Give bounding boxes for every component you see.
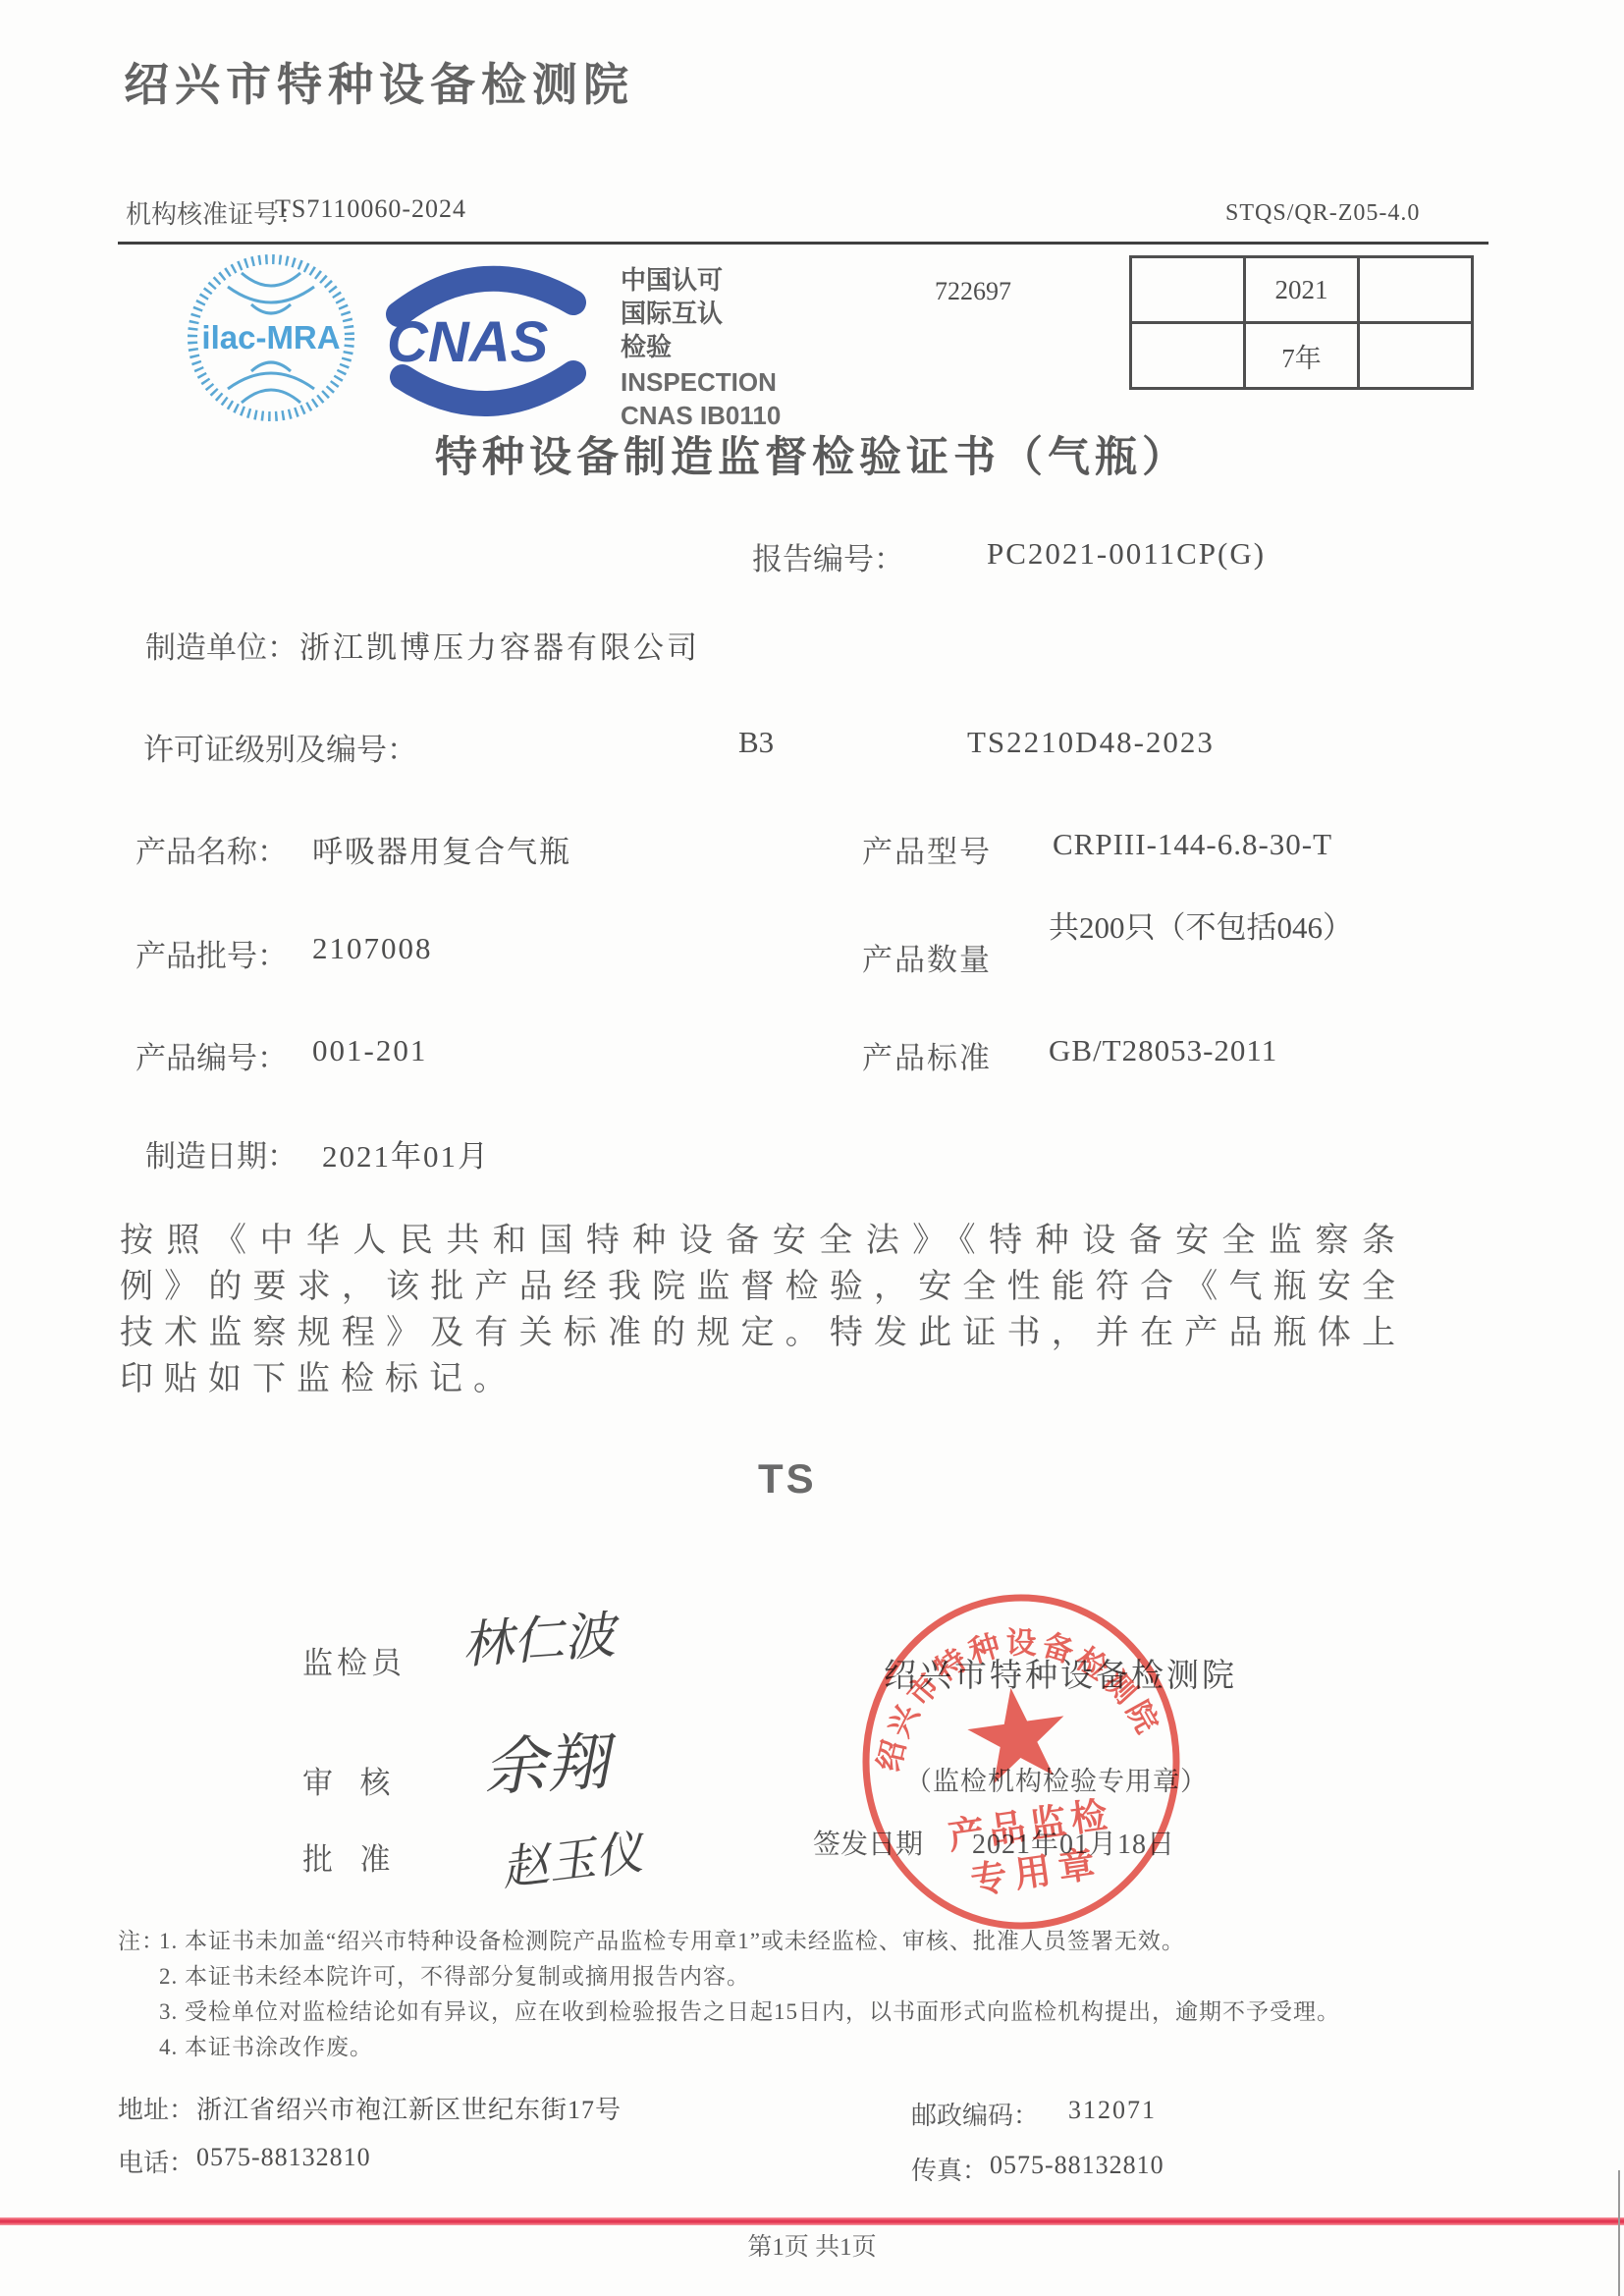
notes-prefix: 注： (118, 1923, 165, 1955)
inspector-label: 监检员 (302, 1638, 406, 1682)
license-no-value: TS2210D48-2023 (967, 725, 1215, 760)
certificate-title: 特种设备制造监督检验证书（气瓶） (0, 424, 1624, 484)
approver-label: 批 准 (302, 1834, 395, 1879)
postcode-value: 312071 (1068, 2096, 1157, 2125)
note-item-4: 4. 本证书涂改作废。 (159, 2029, 373, 2061)
model-label: 产品型号 (862, 827, 992, 871)
cnas-logo-icon: CNAS (385, 263, 586, 418)
year-table: 2021 7年 (1129, 255, 1474, 390)
standard-label: 产品标准 (862, 1033, 992, 1077)
inspector-signature: 林仁波 (460, 1594, 618, 1678)
model-value: CRPIII-144-6.8-30-T (1053, 827, 1332, 862)
standard-value: GB/T28053-2011 (1049, 1033, 1277, 1068)
license-label: 许可证级别及编号： (143, 725, 417, 769)
cnas-logo-text: CNAS (387, 310, 549, 374)
ilac-mra-logo-text: ilac-MRA (201, 319, 340, 355)
report-no-label: 报告编号： (752, 534, 904, 578)
product-name-value: 呼吸器用复合气瓶 (312, 827, 571, 871)
page-number: 第1页 共1页 (0, 2227, 1624, 2263)
note-item-2: 2. 本证书未经本院许可，不得部分复制或摘用报告内容。 (159, 1958, 750, 1991)
certificate-body-paragraph: 按照《中华人民共和国特种设备安全法》《特种设备安全监察条例》的要求，该批产品经我… (120, 1218, 1406, 1402)
institute-header-title: 绍兴市特种设备检测院 (124, 49, 634, 114)
footer-red-line (0, 2217, 1624, 2225)
batch-value: 2107008 (312, 931, 433, 966)
year-table-cell (1131, 323, 1245, 389)
product-serial-label: 产品编号： (135, 1033, 288, 1077)
year-table-cell (1359, 257, 1473, 323)
scan-edge-line (1618, 2170, 1620, 2296)
manufacturer-label: 制造单位： (145, 623, 298, 667)
product-name-label: 产品名称： (135, 827, 288, 871)
manufacture-date-value: 2021年01月 (322, 1131, 490, 1175)
note-item-3: 3. 受检单位对监检结论如有异议，应在收到检验报告之日起15日内，以书面形式向监… (159, 1994, 1340, 2026)
header-divider (118, 242, 1489, 245)
fax-value: 0575-88132810 (990, 2151, 1164, 2180)
batch-label: 产品批号： (135, 931, 288, 975)
approval-no-value: TS7110060-2024 (275, 194, 466, 224)
year-table-cell (1131, 257, 1245, 323)
inspection-label: INSPECTION (621, 365, 777, 399)
serial-number: 722697 (935, 277, 1011, 306)
approver-signature: 赵玉仪 (497, 1814, 645, 1898)
manufacturer-value: 浙江凯博压力容器有限公司 (299, 623, 700, 667)
year-table-cell-duration: 7年 (1245, 323, 1359, 389)
address-value: 浙江省绍兴市袍江新区世纪东街17号 (196, 2090, 622, 2126)
accreditation-line-2: 国际互认 (621, 297, 723, 330)
reviewer-signature: 余翔 (481, 1712, 612, 1809)
postcode-label: 邮政编码： (911, 2096, 1039, 2132)
product-serial-value: 001-201 (312, 1033, 427, 1068)
official-red-stamp-icon: 绍兴市特种设备检测院 产品监检 专用章 (852, 1591, 1190, 1935)
ts-supervision-mark: TS (758, 1455, 817, 1503)
quantity-value: 共200只（不包括046） (1049, 903, 1441, 953)
year-table-row: 7年 (1131, 323, 1473, 389)
manufacture-date-label: 制造日期： (145, 1131, 298, 1175)
phone-value: 0575-88132810 (196, 2143, 371, 2172)
license-level-value: B3 (738, 725, 774, 760)
quantity-label: 产品数量 (862, 935, 992, 979)
phone-label: 电话： (118, 2143, 194, 2179)
accreditation-line-1: 中国认可 (621, 263, 723, 297)
certificate-page: 绍兴市特种设备检测院 机构核准证号： TS7110060-2024 STQS/Q… (0, 0, 1624, 2296)
address-label: 地址： (118, 2090, 194, 2126)
doc-code: STQS/QR-Z05-4.0 (1225, 200, 1420, 227)
accreditation-line-3: 检验 (621, 330, 672, 363)
star-icon (962, 1681, 1071, 1786)
fax-label: 传真： (911, 2151, 988, 2187)
year-table-row: 2021 (1131, 257, 1473, 323)
report-no-value: PC2021-0011CP(G) (987, 536, 1266, 572)
reviewer-label: 审 核 (302, 1758, 395, 1802)
year-table-cell (1359, 323, 1473, 389)
year-table-cell-year: 2021 (1245, 257, 1359, 323)
ilac-mra-logo-icon: ilac-MRA (187, 253, 355, 422)
